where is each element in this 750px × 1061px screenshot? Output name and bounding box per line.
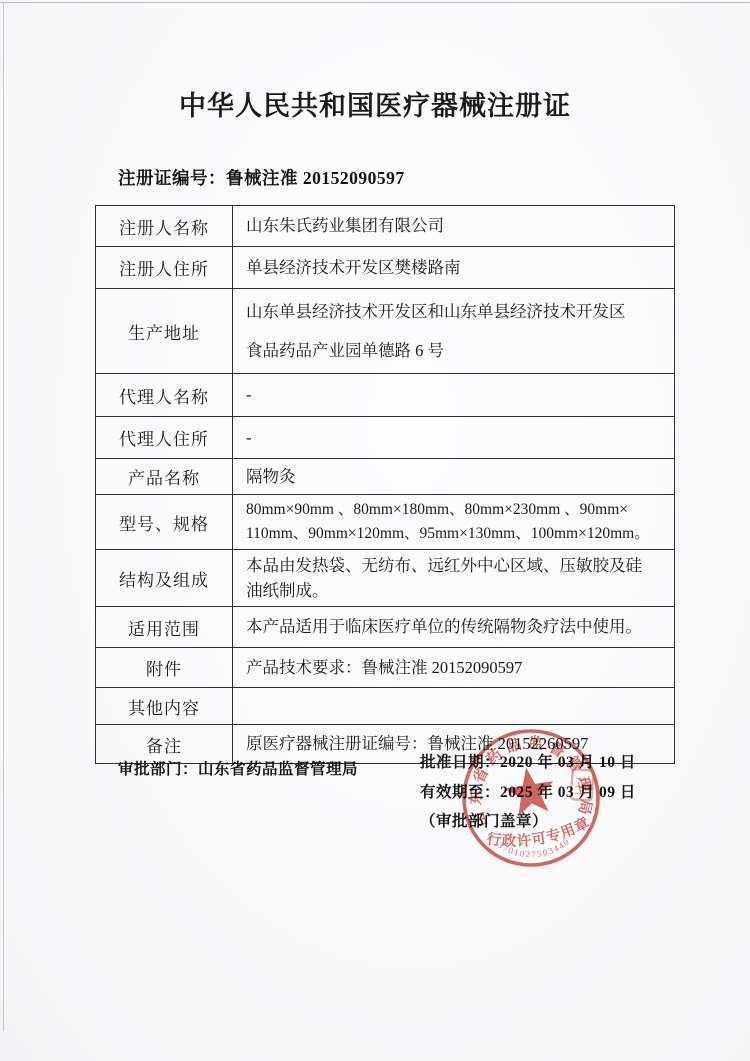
page-title: 中华人民共和国医疗器械注册证 <box>0 84 750 123</box>
row-value: 80mm×90mm 、80mm×180mm、80mm×230mm 、90mm× … <box>233 495 675 550</box>
star-icon <box>502 764 558 818</box>
table-row: 产品名称 隔物灸 <box>96 459 675 495</box>
row-value: 本品由发热袋、无纺布、远红外中心区域、压敏胶及硅 油纸制成。 <box>233 550 675 607</box>
row-value: - <box>233 374 675 417</box>
table-row: 型号、规格 80mm×90mm 、80mm×180mm、80mm×230mm 、… <box>96 495 675 550</box>
official-stamp: 山东省药品监督管理局 行政许可专用章 3701027503440 <box>417 684 646 913</box>
row-label: 生产地址 <box>96 289 233 374</box>
approval-department: 审批部门：山东省药品监督管理局 <box>118 757 358 779</box>
table-row: 生产地址 山东单县经济技术开发区和山东单县经济技术开发区 食品药品产业园单德路 … <box>96 289 675 374</box>
row-label: 注册人名称 <box>96 206 233 247</box>
table-row: 注册人住所 单县经济技术开发区樊楼路南 <box>96 247 675 289</box>
registration-number-value: 鲁械注准 20152090597 <box>226 168 405 188</box>
table-row: 代理人名称 - <box>96 374 675 417</box>
row-value: 山东单县经济技术开发区和山东单县经济技术开发区 食品药品产业园单德路 6 号 <box>233 289 675 374</box>
table-row: 代理人住所 - <box>96 417 675 459</box>
page-edge-top <box>0 2 750 3</box>
row-label: 产品名称 <box>96 459 233 495</box>
row-label: 代理人住所 <box>96 417 233 459</box>
table-row: 适用范围 本产品适用于临床医疗单位的传统隔物灸疗法中使用。 <box>96 607 675 648</box>
row-label: 适用范围 <box>96 607 233 648</box>
table-row: 注册人名称 山东朱氏药业集团有限公司 <box>96 206 675 247</box>
row-value: - <box>233 417 675 459</box>
row-label: 注册人住所 <box>96 247 233 289</box>
row-value: 山东朱氏药业集团有限公司 <box>233 206 675 247</box>
table-row: 附件 产品技术要求：鲁械注准 20152090597 <box>96 648 675 688</box>
row-value: 隔物灸 <box>233 459 675 495</box>
registration-number-label: 注册证编号： <box>118 168 226 188</box>
table-row: 结构及组成 本品由发热袋、无纺布、远红外中心区域、压敏胶及硅 油纸制成。 <box>96 550 675 607</box>
certificate-page: 中华人民共和国医疗器械注册证 注册证编号：鲁械注准 20152090597 注册… <box>0 0 750 1061</box>
row-label: 型号、规格 <box>96 495 233 550</box>
page-edge-left <box>3 2 4 1031</box>
registration-number-line: 注册证编号：鲁械注准 20152090597 <box>118 165 405 190</box>
row-label: 代理人名称 <box>96 374 233 417</box>
row-value: 本产品适用于临床医疗单位的传统隔物灸疗法中使用。 <box>233 607 675 648</box>
row-label: 附件 <box>96 648 233 688</box>
row-label: 结构及组成 <box>96 550 233 607</box>
row-value: 产品技术要求：鲁械注准 20152090597 <box>233 648 675 688</box>
row-value: 单县经济技术开发区樊楼路南 <box>233 247 675 289</box>
row-label: 其他内容 <box>96 688 233 725</box>
certificate-table: 注册人名称 山东朱氏药业集团有限公司 注册人住所 单县经济技术开发区樊楼路南 生… <box>95 205 675 764</box>
